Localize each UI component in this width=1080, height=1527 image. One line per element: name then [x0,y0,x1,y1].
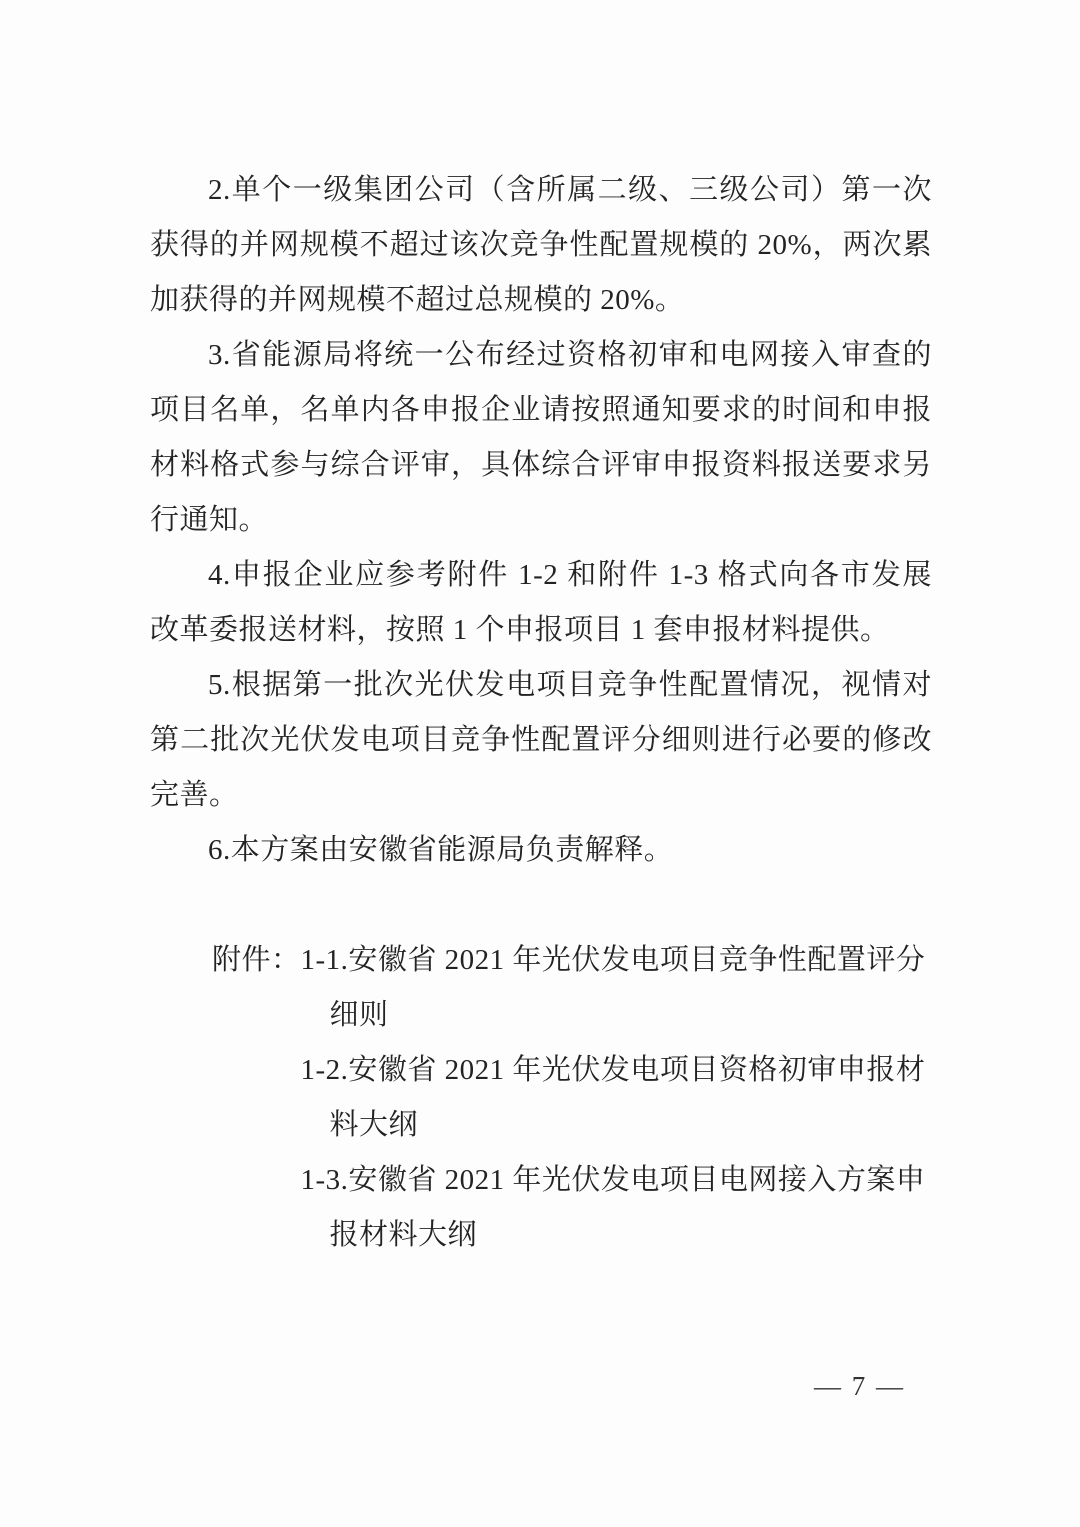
attachment-item-1-1: 1-1.安徽省 2021 年光伏发电项目竞争性配置评分细则 [301,933,932,1043]
paragraph-item-2: 2.单个一级集团公司（含所属二级、三级公司）第一次获得的并网规模不超过该次竞争性… [150,163,932,328]
paragraph-item-5: 5.根据第一批次光伏发电项目竞争性配置情况，视情对第二批次光伏发电项目竞争性配置… [150,658,932,823]
attachments-section: 附件： 1-1.安徽省 2021 年光伏发电项目竞争性配置评分细则 1-2.安徽… [150,933,932,1263]
attachment-item-1-3: 1-3.安徽省 2021 年光伏发电项目电网接入方案申报材料大纲 [301,1153,932,1263]
document-page: 2.单个一级集团公司（含所属二级、三级公司）第一次获得的并网规模不超过该次竞争性… [0,0,1080,1527]
attachments-list: 1-1.安徽省 2021 年光伏发电项目竞争性配置评分细则 1-2.安徽省 20… [301,933,932,1263]
document-body: 2.单个一级集团公司（含所属二级、三级公司）第一次获得的并网规模不超过该次竞争性… [150,163,932,1263]
paragraph-item-6: 6.本方案由安徽省能源局负责解释。 [150,823,932,878]
paragraph-item-3: 3.省能源局将统一公布经过资格初审和电网接入审查的项目名单，名单内各申报企业请按… [150,328,932,548]
paragraph-item-4: 4.申报企业应参考附件 1-2 和附件 1-3 格式向各市发展改革委报送材料，按… [150,548,932,658]
attachment-item-1-2: 1-2.安徽省 2021 年光伏发电项目资格初审申报材料大纲 [301,1043,932,1153]
attachments-label: 附件： [212,933,301,988]
page-number: — 7 — [814,1370,905,1402]
